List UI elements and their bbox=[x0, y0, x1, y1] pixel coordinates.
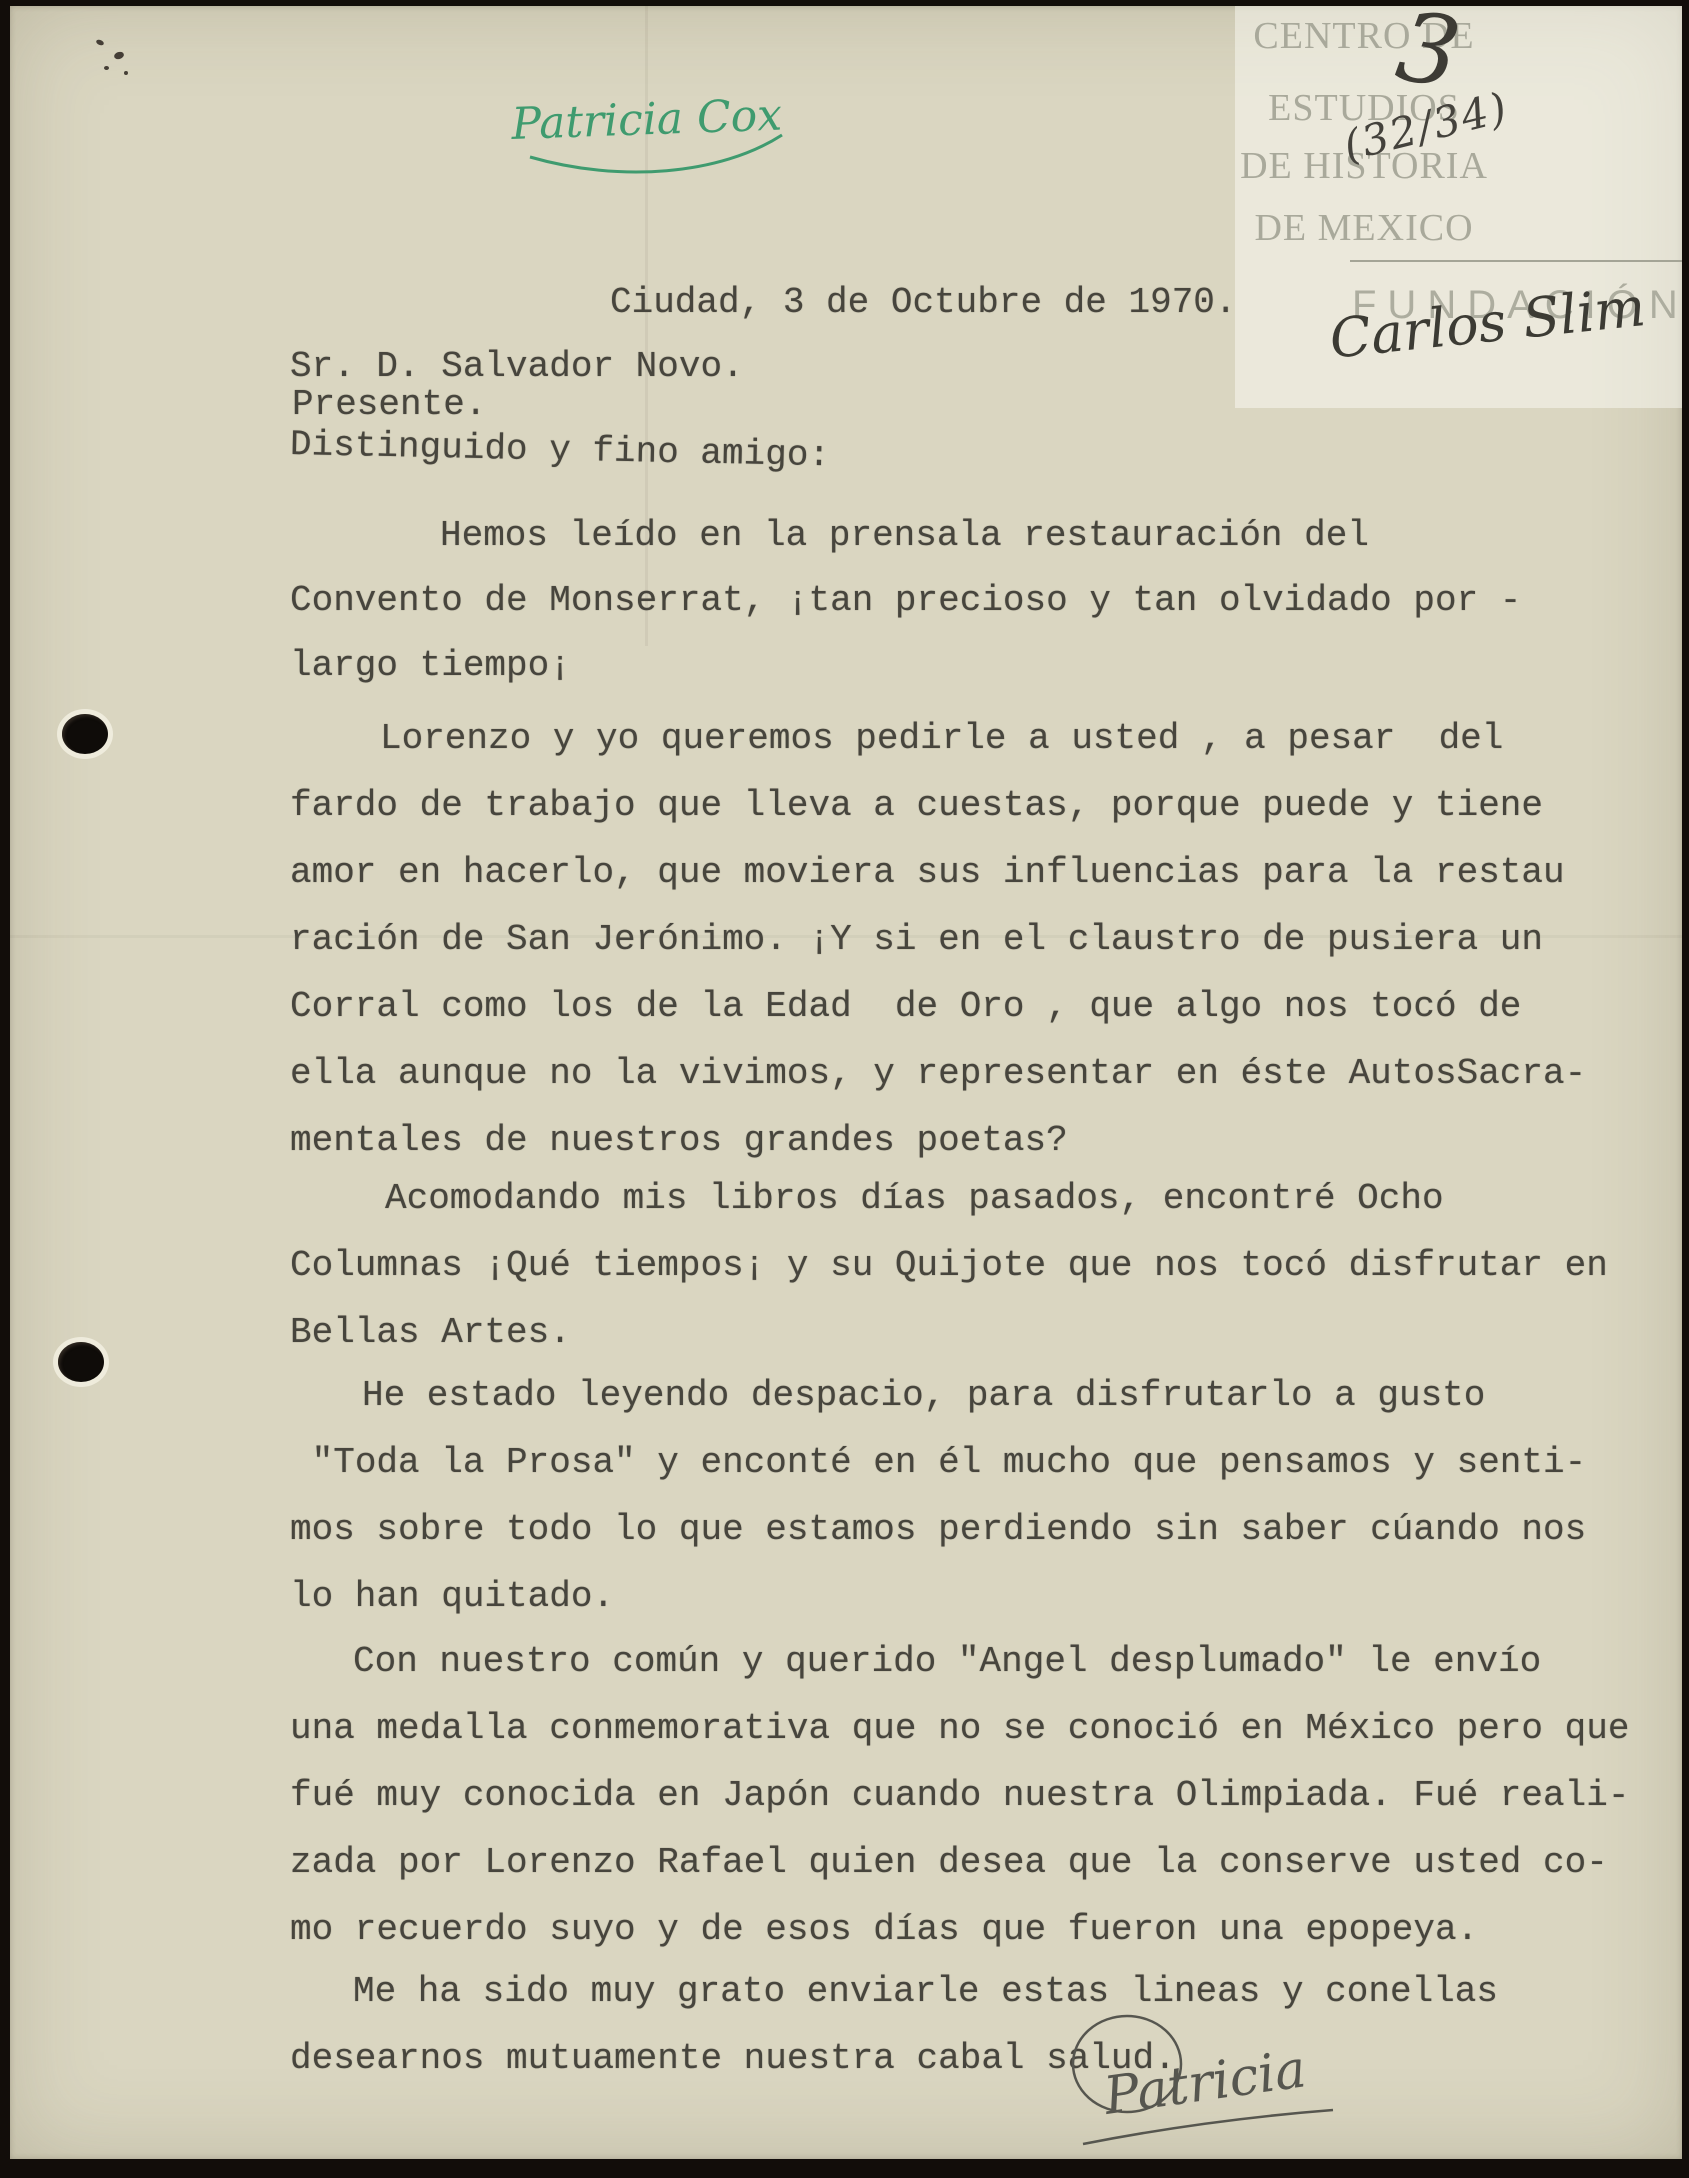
scanned-letter-page: CENTRO DE ESTUDIOS DE HISTORIA DE MEXICO… bbox=[0, 0, 1689, 2178]
date-line: Ciudad, 3 de Octubre de 1970. bbox=[610, 282, 1237, 323]
patricia-signature: Patricia bbox=[1015, 1992, 1355, 2167]
presente-line: Presente. bbox=[292, 384, 486, 425]
paragraph-1: Hemos leído en la prensala restauración … bbox=[290, 503, 1675, 698]
paragraph-5: Con nuestro común y querido "Angel despl… bbox=[290, 1628, 1675, 1963]
stamp-line-4: DE MEXICO bbox=[1235, 206, 1493, 250]
paper-speck bbox=[124, 71, 128, 75]
paragraph-2: Lorenzo y yo queremos pedirle a usted , … bbox=[290, 705, 1675, 1174]
paragraph-4: He estado leyendo despacio, para disfrut… bbox=[290, 1362, 1675, 1630]
paragraph-3: Acomodando mis libros días pasados, enco… bbox=[290, 1165, 1675, 1366]
letterhead-name: Patricia Cox bbox=[510, 90, 783, 150]
archive-stamp: CENTRO DE ESTUDIOS DE HISTORIA DE MEXICO… bbox=[1235, 6, 1682, 408]
recipient-line: Sr. D. Salvador Novo. bbox=[290, 346, 744, 387]
paper-speck bbox=[104, 66, 109, 70]
punch-hole-bottom bbox=[58, 1342, 104, 1382]
stamp-divider bbox=[1350, 260, 1682, 262]
paragraph-6: Me ha sido muy grato enviarle estas line… bbox=[290, 1958, 1675, 2092]
letterhead: Patricia Cox bbox=[470, 55, 810, 190]
punch-hole-top bbox=[62, 714, 108, 754]
